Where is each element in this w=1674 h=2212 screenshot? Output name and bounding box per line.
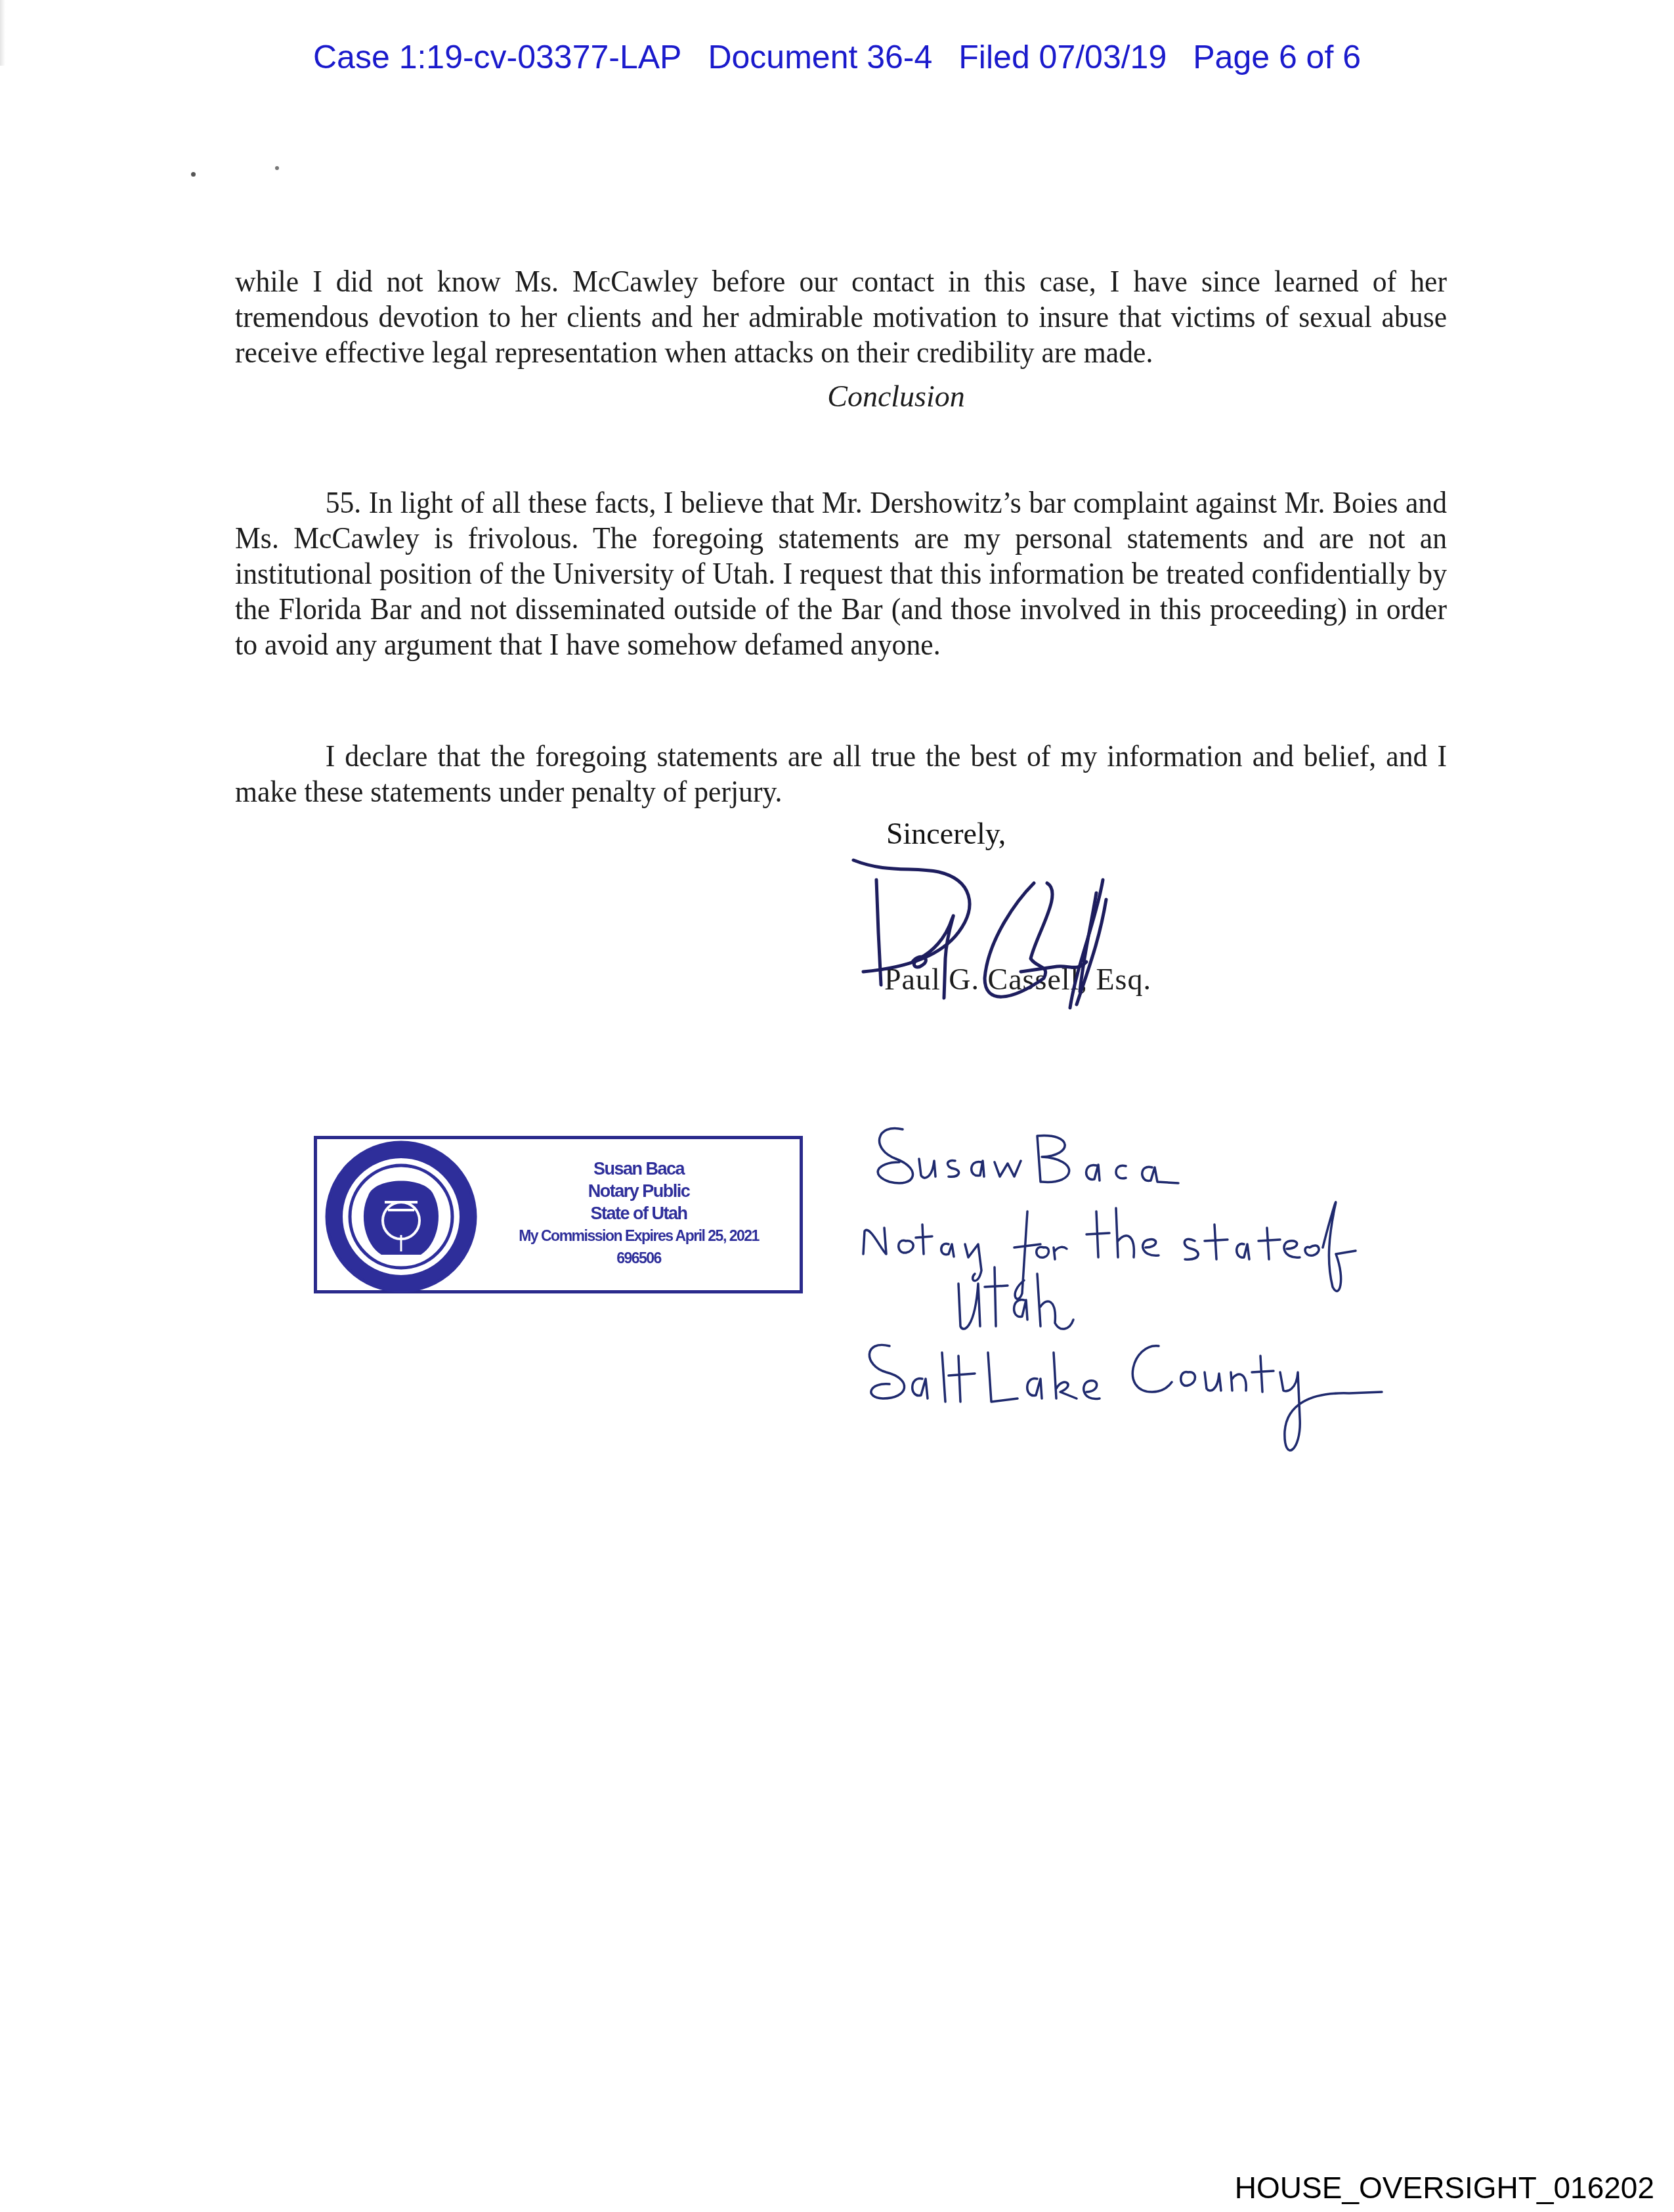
handwriting-icon xyxy=(850,1110,1539,1477)
scan-speck xyxy=(191,172,196,177)
bates-number: HOUSE_OVERSIGHT_016202 xyxy=(1235,2170,1654,2205)
notary-state: State of Utah xyxy=(481,1202,796,1225)
notary-handwritten-acknowledgment: Susan Baca Notary for the state of Utah … xyxy=(850,1110,1539,1477)
notary-stamp: THE GREAT SEAL OF THE STATE OF UTAH 1896… xyxy=(314,1136,803,1293)
document-number: Document 36-4 xyxy=(708,39,932,76)
closing-salutation: Sincerely, xyxy=(886,816,1006,851)
commission-expiry: My Commission Expires April 25, 2021 xyxy=(481,1225,796,1247)
declaration-paragraph: I declare that the foregoing statements … xyxy=(235,739,1447,810)
case-number: Case 1:19-cv-03377-LAP xyxy=(313,39,681,76)
seal-year: 1896 xyxy=(317,1139,318,1140)
paragraph-55: 55. In light of all these facts, I belie… xyxy=(235,485,1447,662)
ecf-header-stamp: Case 1:19-cv-03377-LAPDocument 36-4Filed… xyxy=(0,38,1674,76)
section-heading-conclusion: Conclusion xyxy=(0,379,1674,414)
notary-title: Notary Public xyxy=(481,1180,796,1202)
commission-number: 696506 xyxy=(481,1247,796,1269)
stamp-text-block: Susan Baca Notary Public State of Utah M… xyxy=(481,1158,796,1269)
filed-date: Filed 07/03/19 xyxy=(958,39,1167,76)
paragraph-continued: while I did not know Ms. McCawley before… xyxy=(235,264,1447,370)
handwritten-signature xyxy=(847,854,1188,1024)
state-seal-icon xyxy=(322,1137,480,1294)
notary-name: Susan Baca xyxy=(481,1158,796,1180)
seal-text: THE GREAT SEAL OF THE STATE OF UTAH xyxy=(317,1139,318,1140)
scan-speck xyxy=(275,166,279,170)
signature-icon xyxy=(847,854,1188,1024)
page-number: Page 6 of 6 xyxy=(1193,39,1361,76)
